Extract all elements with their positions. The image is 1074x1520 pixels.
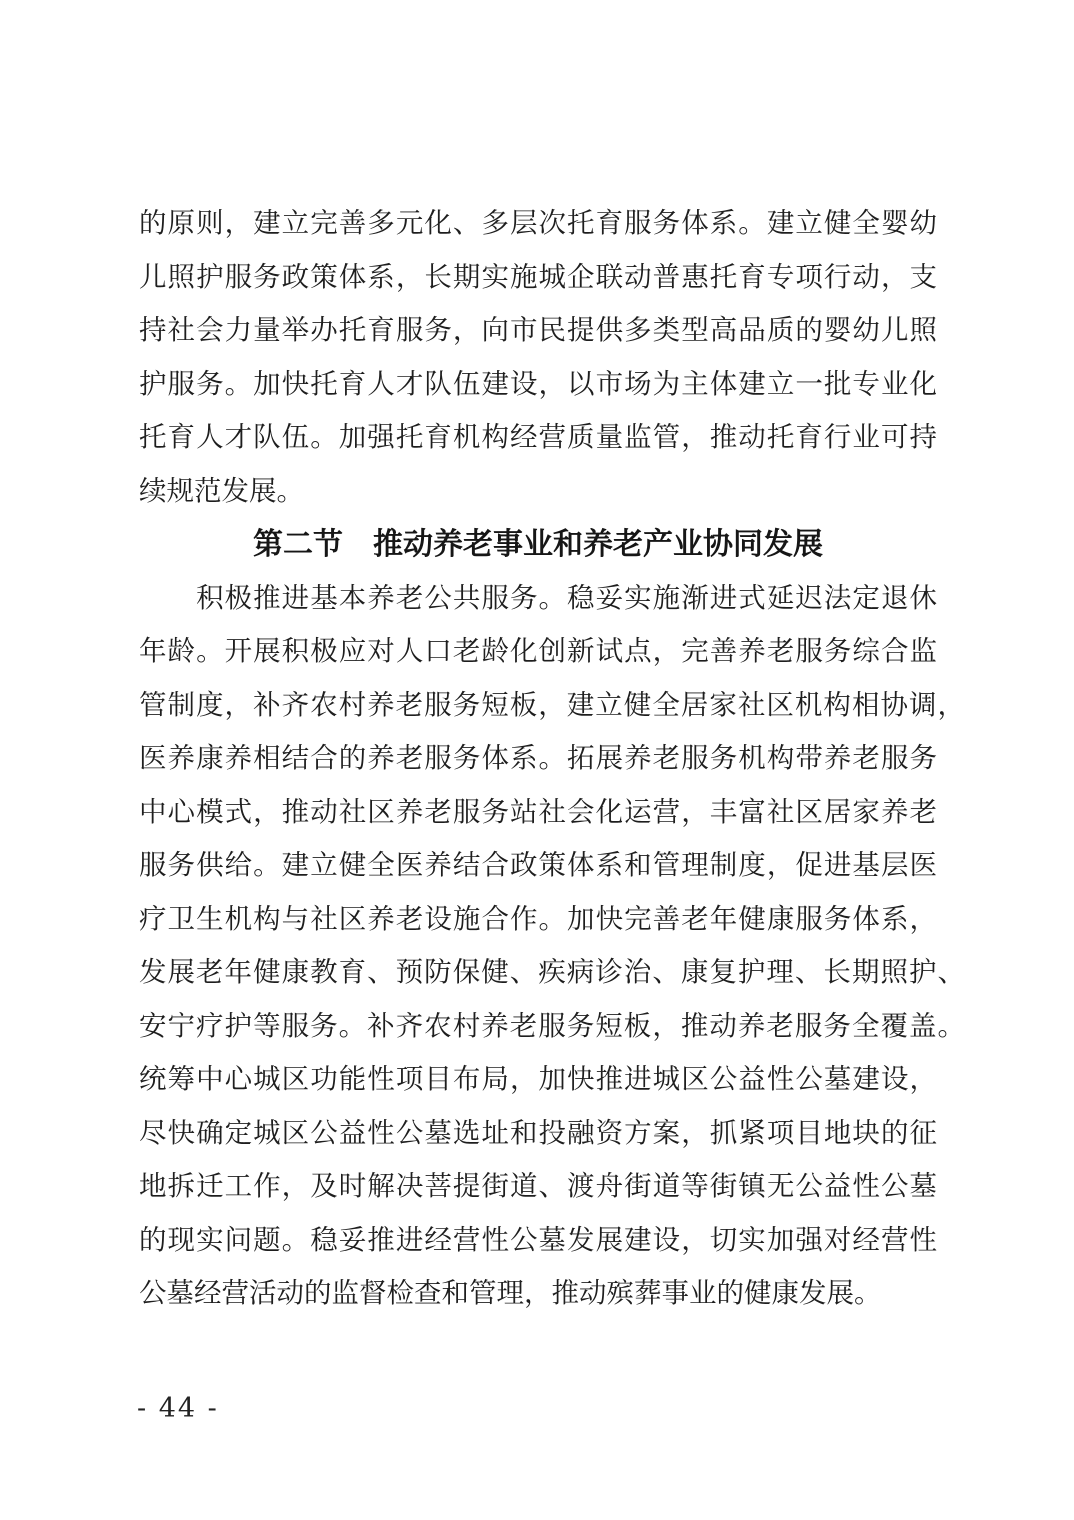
text-line: 管制度，补齐农村养老服务短板，建立健全居家社区机构相协调， [139,679,965,733]
text-line: 托育人才队伍。加强托育机构经营质量监管，推动托育行业可持 [139,411,937,465]
text-line: 统筹中心城区功能性项目布局，加快推进城区公益性公墓建设， [139,1053,937,1107]
document-page: 的原则，建立完善多元化、多层次托育服务体系。建立健全婴幼儿照护服务政策体系，长期… [0,0,1074,1520]
text-line: 的现实问题。稳妥推进经营性公墓发展建设，切实加强对经营性 [139,1214,937,1268]
text-line: 疗卫生机构与社区养老设施合作。加快完善老年健康服务体系， [139,893,937,947]
text-line: 儿照护服务政策体系，长期实施城企联动普惠托育专项行动，支 [139,251,937,305]
text-line: 尽快确定城区公益性公墓选址和投融资方案，抓紧项目地块的征 [139,1107,937,1161]
body-text: 的原则，建立完善多元化、多层次托育服务体系。建立健全婴幼儿照护服务政策体系，长期… [139,197,937,1321]
section-heading: 第二节 推动养老事业和养老产业协同发展 [139,518,937,572]
page-number: - 44 - [137,1393,219,1425]
paragraph-yanglao: 积极推进基本养老公共服务。稳妥实施渐进式延迟法定退休年龄。开展积极应对人口老龄化… [139,572,937,1321]
text-line: 的原则，建立完善多元化、多层次托育服务体系。建立健全婴幼 [139,197,937,251]
text-line: 公墓经营活动的监督检查和管理，推动殡葬事业的健康发展。 [139,1267,937,1321]
text-line: 年龄。开展积极应对人口老龄化创新试点，完善养老服务综合监 [139,625,937,679]
text-line: 中心模式，推动社区养老服务站社会化运营，丰富社区居家养老 [139,786,937,840]
text-line: 护服务。加快托育人才队伍建设，以市场为主体建立一批专业化 [139,358,937,412]
text-line: 续规范发展。 [139,465,937,519]
text-line: 地拆迁工作，及时解决菩提街道、渡舟街道等街镇无公益性公墓 [139,1160,937,1214]
text-line: 发展老年健康教育、预防保健、疾病诊治、康复护理、长期照护、 [139,946,965,1000]
text-line: 积极推进基本养老公共服务。稳妥实施渐进式延迟法定退休 [139,572,937,626]
paragraph-tuoyu-continuation: 的原则，建立完善多元化、多层次托育服务体系。建立健全婴幼儿照护服务政策体系，长期… [139,197,937,518]
text-line: 服务供给。建立健全医养结合政策体系和管理制度，促进基层医 [139,839,937,893]
text-line: 持社会力量举办托育服务，向市民提供多类型高品质的婴幼儿照 [139,304,937,358]
text-line: 安宁疗护等服务。补齐农村养老服务短板，推动养老服务全覆盖。 [139,1000,965,1054]
text-line: 医养康养相结合的养老服务体系。拓展养老服务机构带养老服务 [139,732,937,786]
